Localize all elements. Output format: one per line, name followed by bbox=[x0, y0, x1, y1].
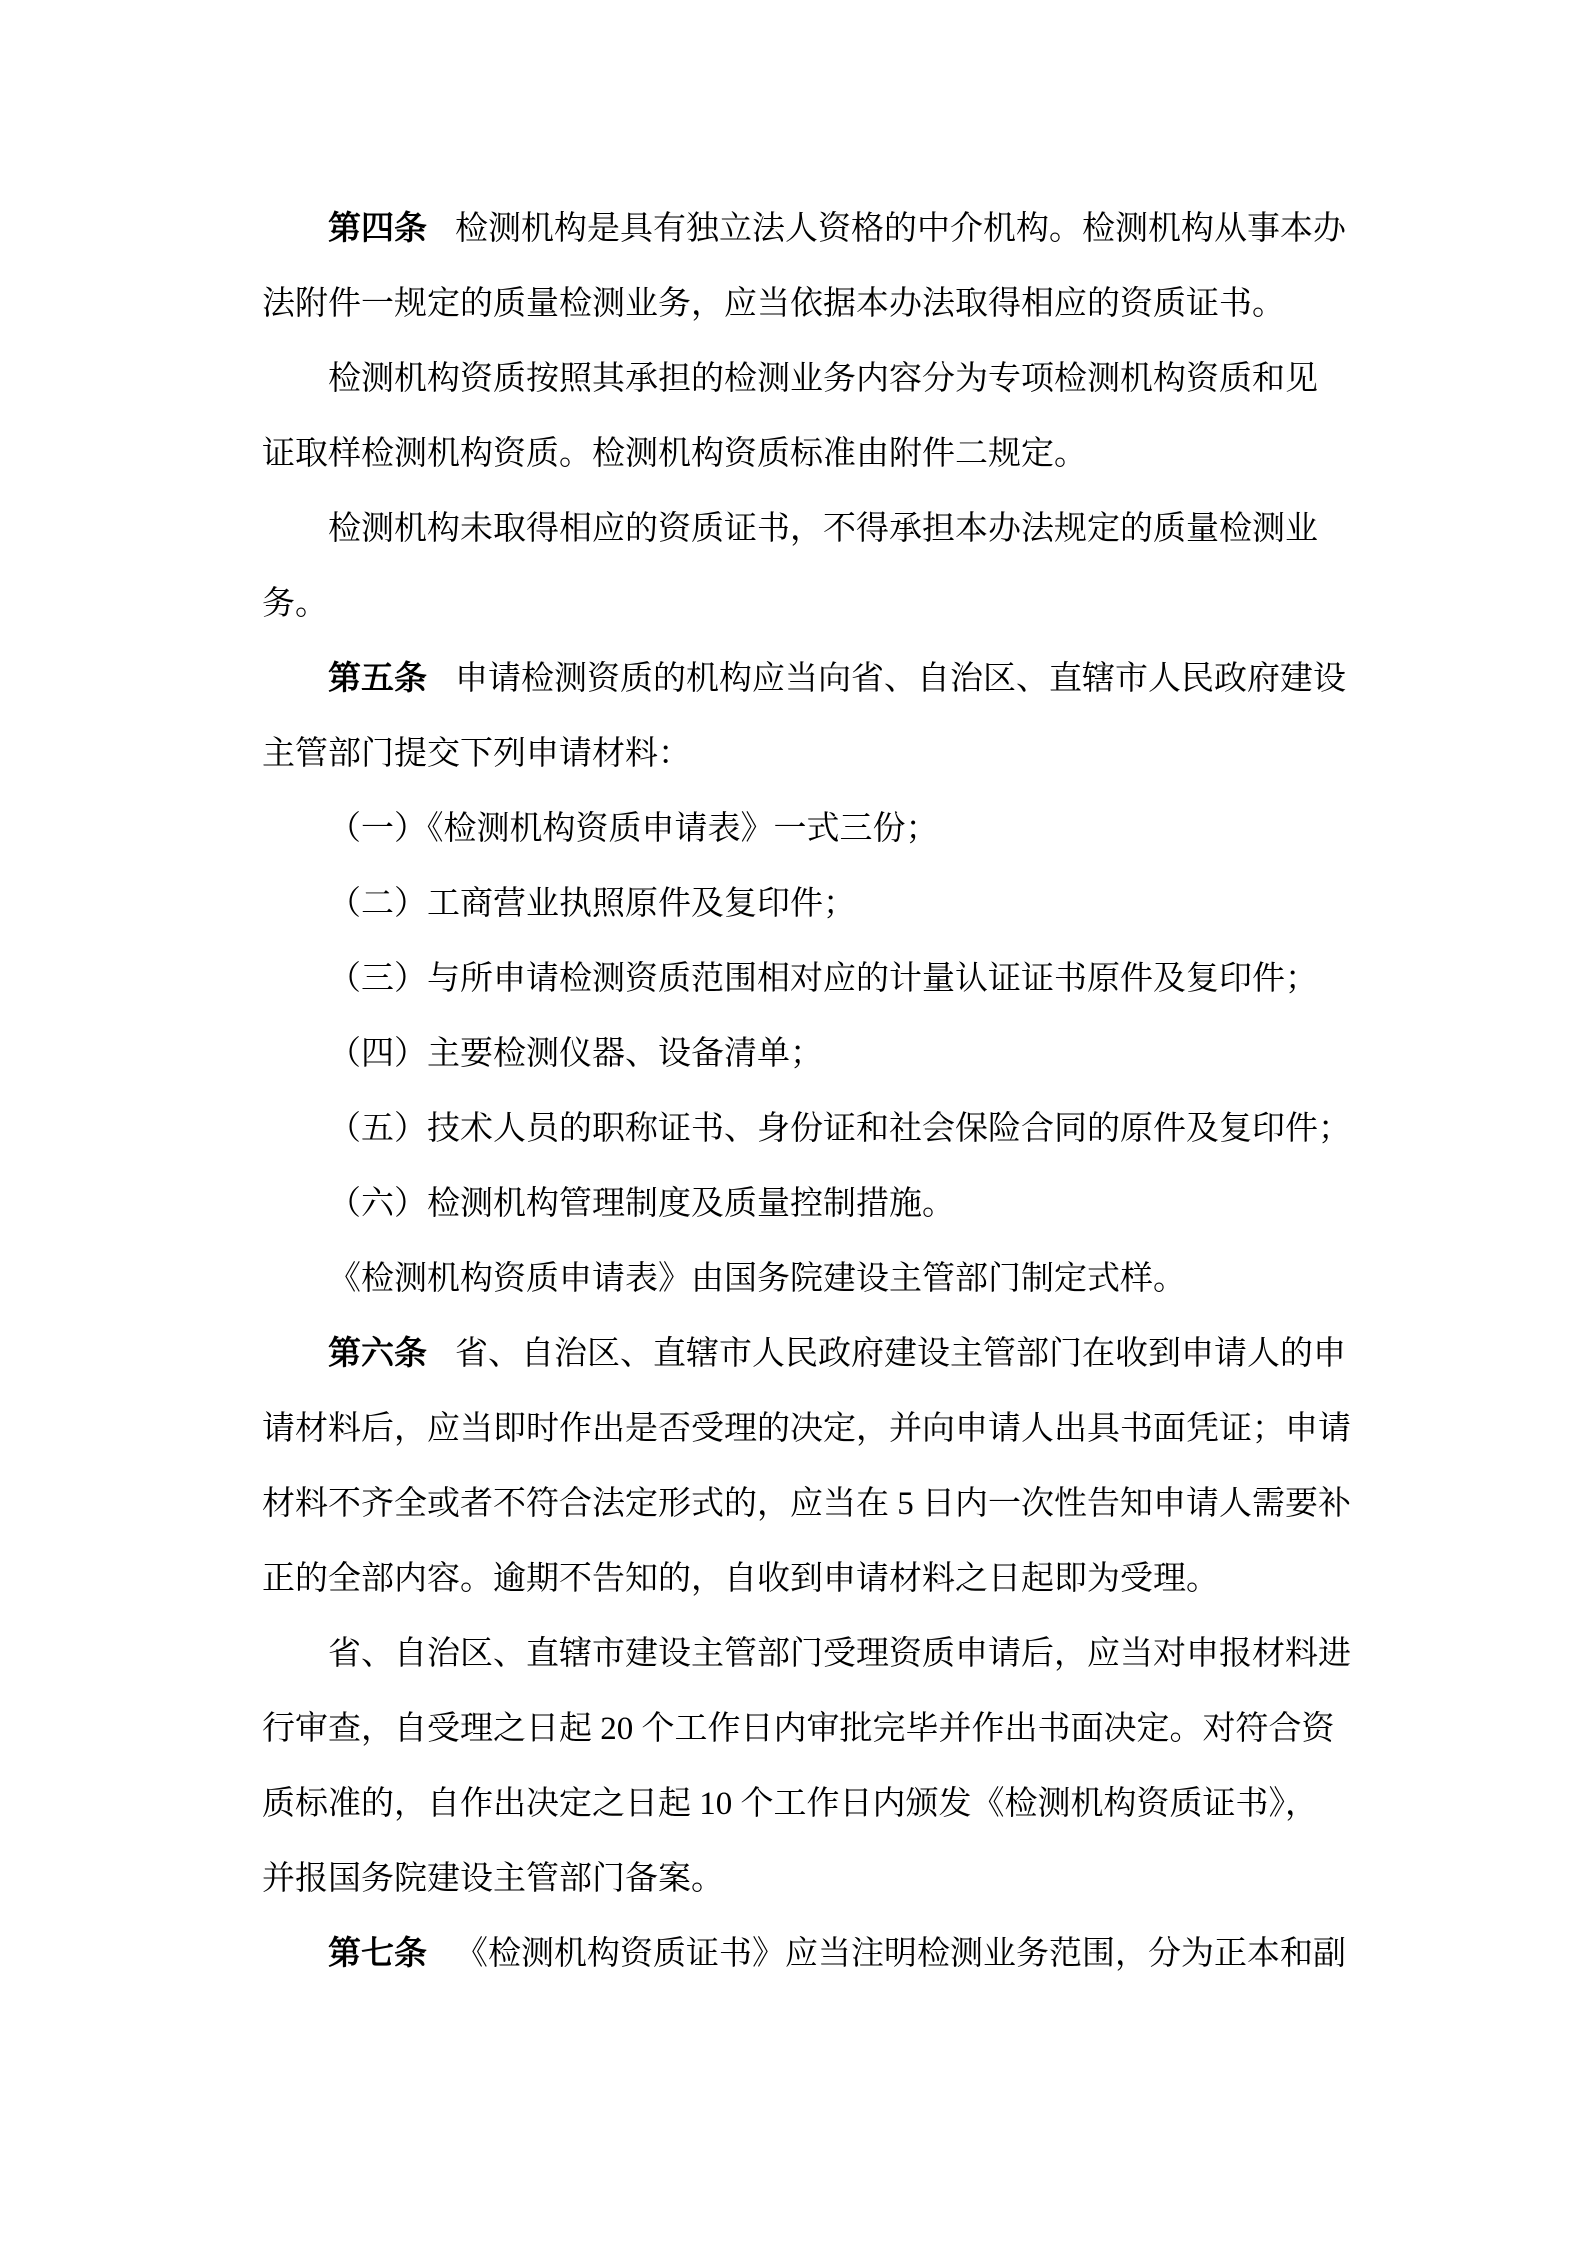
document-line: 并报国务院建设主管部门备案。 bbox=[262, 1842, 1352, 1917]
line-text: 检测机构资质按照其承担的检测业务内容分为专项检测机构资质和见 bbox=[328, 361, 1318, 397]
document-line: 省、自治区、直辖市建设主管部门受理资质申请后，应当对申报材料进 bbox=[262, 1617, 1352, 1692]
article-heading: 第七条 bbox=[328, 1936, 427, 1972]
article-heading: 第六条 bbox=[328, 1336, 427, 1372]
article-heading: 第五条 bbox=[328, 661, 427, 697]
document-line: 正的全部内容。逾期不告知的，自收到申请材料之日起即为受理。 bbox=[262, 1542, 1352, 1617]
line-text: 务。 bbox=[262, 586, 328, 622]
document-line: 《检测机构资质申请表》由国务院建设主管部门制定式样。 bbox=[262, 1242, 1352, 1317]
line-text: 《检测机构资质证书》应当注明检测业务范围，分为正本和副 bbox=[455, 1936, 1346, 1972]
line-text: （三）与所申请检测资质范围相对应的计量认证证书原件及复印件； bbox=[328, 961, 1318, 997]
document-line: （六）检测机构管理制度及质量控制措施。 bbox=[262, 1167, 1352, 1242]
line-text: （二）工商营业执照原件及复印件； bbox=[328, 886, 856, 922]
document-line: （五）技术人员的职称证书、身份证和社会保险合同的原件及复印件； bbox=[262, 1092, 1352, 1167]
document-page: 第四条检测机构是具有独立法人资格的中介机构。检测机构从事本办法附件一规定的质量检… bbox=[0, 0, 1587, 2245]
line-text: 申请检测资质的机构应当向省、自治区、直辖市人民政府建设 bbox=[455, 661, 1346, 697]
document-line: 行审查，自受理之日起 20 个工作日内审批完毕并作出书面决定。对符合资 bbox=[262, 1692, 1352, 1767]
document-line: 第六条省、自治区、直辖市人民政府建设主管部门在收到申请人的申 bbox=[262, 1317, 1352, 1392]
line-text: 省、自治区、直辖市人民政府建设主管部门在收到申请人的申 bbox=[455, 1336, 1346, 1372]
document-line: 证取样检测机构资质。检测机构资质标准由附件二规定。 bbox=[262, 417, 1352, 492]
line-text: 省、自治区、直辖市建设主管部门受理资质申请后，应当对申报材料进 bbox=[328, 1636, 1351, 1672]
line-text: 主管部门提交下列申请材料： bbox=[262, 736, 691, 772]
line-text: 正的全部内容。逾期不告知的，自收到申请材料之日起即为受理。 bbox=[262, 1561, 1219, 1597]
line-text: 质标准的，自作出决定之日起 10 个工作日内颁发《检测机构资质证书》， bbox=[262, 1786, 1318, 1822]
line-text: 材料不齐全或者不符合法定形式的，应当在 5 日内一次性告知申请人需要补 bbox=[262, 1486, 1351, 1522]
line-text: （一）《检测机构资质申请表》一式三份； bbox=[328, 811, 939, 847]
document-line: 材料不齐全或者不符合法定形式的，应当在 5 日内一次性告知申请人需要补 bbox=[262, 1467, 1352, 1542]
line-text: 检测机构未取得相应的资质证书，不得承担本办法规定的质量检测业 bbox=[328, 511, 1318, 547]
document-line: （一）《检测机构资质申请表》一式三份； bbox=[262, 792, 1352, 867]
document-line: （四）主要检测仪器、设备清单； bbox=[262, 1017, 1352, 1092]
line-text: 法附件一规定的质量检测业务，应当依据本办法取得相应的资质证书。 bbox=[262, 286, 1285, 322]
document-body: 第四条检测机构是具有独立法人资格的中介机构。检测机构从事本办法附件一规定的质量检… bbox=[262, 192, 1352, 1992]
line-text: 行审查，自受理之日起 20 个工作日内审批完毕并作出书面决定。对符合资 bbox=[262, 1711, 1335, 1747]
document-line: 第四条检测机构是具有独立法人资格的中介机构。检测机构从事本办 bbox=[262, 192, 1352, 267]
document-line: 法附件一规定的质量检测业务，应当依据本办法取得相应的资质证书。 bbox=[262, 267, 1352, 342]
line-text: 请材料后，应当即时作出是否受理的决定，并向申请人出具书面凭证；申请 bbox=[262, 1411, 1351, 1447]
document-line: 务。 bbox=[262, 567, 1352, 642]
document-line: （二）工商营业执照原件及复印件； bbox=[262, 867, 1352, 942]
line-text: （四）主要检测仪器、设备清单； bbox=[328, 1036, 823, 1072]
document-line: 检测机构未取得相应的资质证书，不得承担本办法规定的质量检测业 bbox=[262, 492, 1352, 567]
document-line: 主管部门提交下列申请材料： bbox=[262, 717, 1352, 792]
document-line: 质标准的，自作出决定之日起 10 个工作日内颁发《检测机构资质证书》， bbox=[262, 1767, 1352, 1842]
line-text: 证取样检测机构资质。检测机构资质标准由附件二规定。 bbox=[262, 436, 1087, 472]
document-line: 第七条《检测机构资质证书》应当注明检测业务范围，分为正本和副 bbox=[262, 1917, 1352, 1992]
article-heading: 第四条 bbox=[328, 211, 427, 247]
line-text: 检测机构是具有独立法人资格的中介机构。检测机构从事本办 bbox=[455, 211, 1346, 247]
line-text: 并报国务院建设主管部门备案。 bbox=[262, 1861, 724, 1897]
document-line: 第五条申请检测资质的机构应当向省、自治区、直辖市人民政府建设 bbox=[262, 642, 1352, 717]
document-line: 请材料后，应当即时作出是否受理的决定，并向申请人出具书面凭证；申请 bbox=[262, 1392, 1352, 1467]
line-text: （六）检测机构管理制度及质量控制措施。 bbox=[328, 1186, 955, 1222]
line-text: （五）技术人员的职称证书、身份证和社会保险合同的原件及复印件； bbox=[328, 1111, 1351, 1147]
document-line: （三）与所申请检测资质范围相对应的计量认证证书原件及复印件； bbox=[262, 942, 1352, 1017]
document-line: 检测机构资质按照其承担的检测业务内容分为专项检测机构资质和见 bbox=[262, 342, 1352, 417]
line-text: 《检测机构资质申请表》由国务院建设主管部门制定式样。 bbox=[328, 1261, 1186, 1297]
